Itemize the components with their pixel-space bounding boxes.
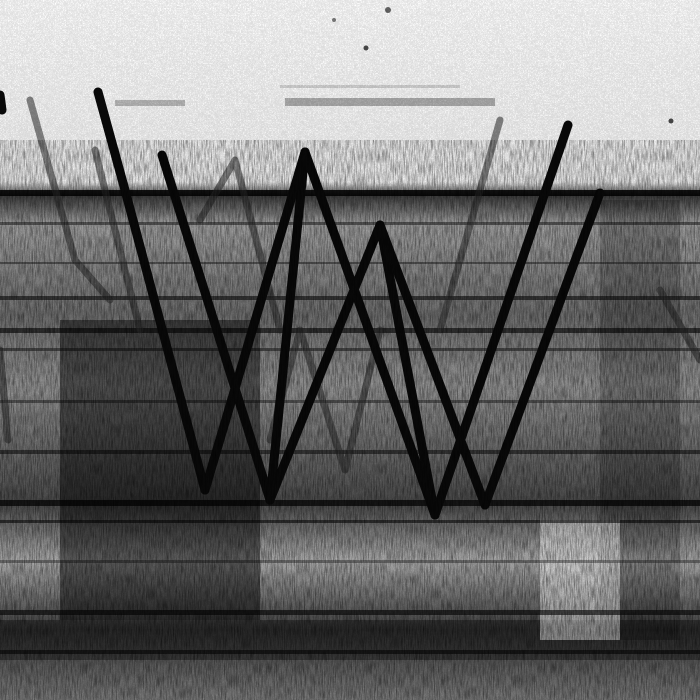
- scanned-artwork: [0, 0, 700, 700]
